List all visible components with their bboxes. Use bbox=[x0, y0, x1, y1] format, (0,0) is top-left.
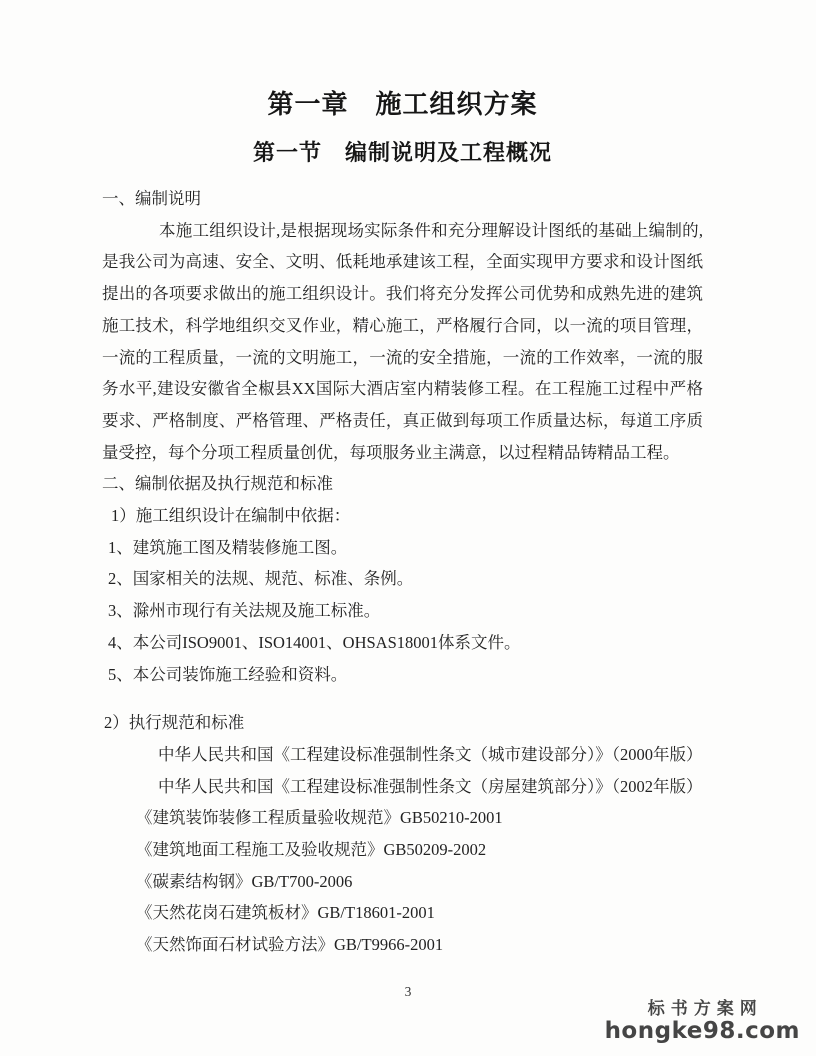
standard-item-1: 《建筑装饰装修工程质量验收规范》GB50210-2001 bbox=[102, 802, 703, 834]
standard-national-2: 中华人民共和国《工程建设标准强制性条文（房屋建筑部分）》（2002年版） bbox=[102, 771, 703, 803]
watermark-site-name: 标书方案网 bbox=[605, 1000, 800, 1019]
heading-basis-and-standards: 二、编制依据及执行规范和标准 bbox=[102, 468, 703, 500]
page-number: 3 bbox=[0, 984, 816, 1000]
standard-item-4: 《天然花岗石建筑板材》GB/T18601-2001 bbox=[102, 897, 703, 929]
standard-item-3: 《碳素结构钢》GB/T700-2006 bbox=[102, 866, 703, 898]
watermark-site-url: hongke98.com bbox=[605, 1019, 800, 1044]
basis-item-2: 2、国家相关的法规、规范、标准、条例。 bbox=[102, 563, 703, 595]
document-page: 第一章 施工组织方案 第一节 编制说明及工程概况 一、编制说明 本施工组织设计,… bbox=[0, 0, 816, 1056]
watermark: 标书方案网 hongke98.com bbox=[605, 1000, 800, 1044]
standard-item-2: 《建筑地面工程施工及验收规范》GB50209-2002 bbox=[102, 834, 703, 866]
standard-item-5: 《天然饰面石材试验方法》GB/T9966-2001 bbox=[102, 929, 703, 961]
basis-item-4: 4、本公司ISO9001、ISO14001、OHSAS18001体系文件。 bbox=[102, 627, 703, 659]
section-title: 第一节 编制说明及工程概况 bbox=[102, 138, 703, 167]
standard-national-1: 中华人民共和国《工程建设标准强制性条文（城市建设部分）》（2000年版） bbox=[102, 739, 703, 771]
basis-item-3: 3、滁州市现行有关法规及施工标准。 bbox=[102, 595, 703, 627]
subheading-executive-standards: 2）执行规范和标准 bbox=[102, 707, 703, 739]
subheading-design-basis: 1）施工组织设计在编制中依据： bbox=[102, 500, 703, 532]
chapter-title: 第一章 施工组织方案 bbox=[102, 88, 703, 122]
compilation-notes-paragraph: 本施工组织设计,是根据现场实际条件和充分理解设计图纸的基础上编制的,是我公司为高… bbox=[102, 215, 703, 469]
basis-item-1: 1、建筑施工图及精装修施工图。 bbox=[102, 532, 703, 564]
document-content: 第一章 施工组织方案 第一节 编制说明及工程概况 一、编制说明 本施工组织设计,… bbox=[102, 0, 703, 961]
basis-item-5: 5、本公司装饰施工经验和资料。 bbox=[102, 659, 703, 691]
heading-compilation-notes: 一、编制说明 bbox=[102, 183, 703, 215]
document-body: 一、编制说明 本施工组织设计,是根据现场实际条件和充分理解设计图纸的基础上编制的… bbox=[102, 183, 703, 961]
